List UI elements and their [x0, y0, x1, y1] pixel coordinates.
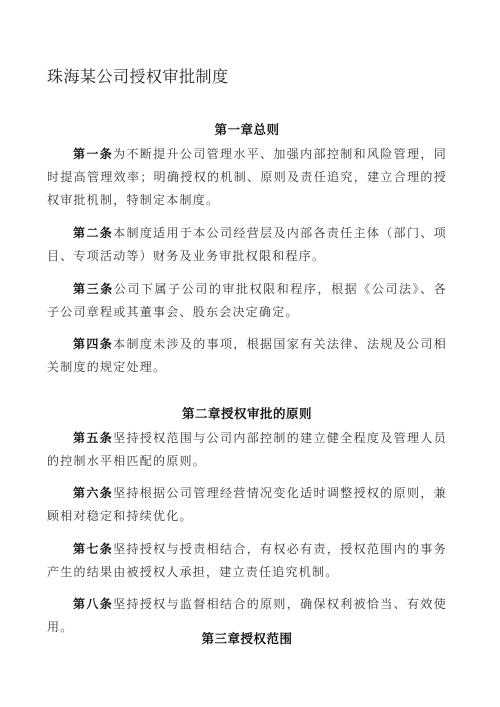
document-title: 珠海某公司授权审批制度 — [47, 64, 229, 87]
chapter-3-heading: 第三章授权范围 — [47, 629, 447, 647]
article-7: 第七条坚持授权与授责相结合，有权必有责，授权范围内的事务产生的结果由被授权人承担… — [47, 538, 447, 584]
article-2: 第二条本制度适用于本公司经营层及内部各责任主体（部门、项目、专项活动等）财务及业… — [47, 222, 447, 268]
article-6: 第六条坚持根据公司管理经营情况变化适时调整授权的原则，兼顾相对稳定和持续优化。 — [47, 482, 447, 528]
article-label: 第八条 — [73, 597, 113, 611]
article-5: 第五条坚持授权范围与公司内部控制的建立健全程度及管理人员的控制水平相匹配的原则。 — [47, 427, 447, 473]
article-label: 第五条 — [73, 431, 113, 445]
article-label: 第六条 — [73, 486, 113, 500]
article-1: 第一条为不断提升公司管理水平、加强内部控制和风险管理，同时提高管理效率；明确授权… — [47, 143, 447, 212]
article-label: 第七条 — [73, 542, 113, 556]
article-label: 第一条 — [73, 147, 113, 161]
article-label: 第三条 — [73, 282, 114, 296]
article-label: 第二条 — [73, 226, 113, 240]
article-3: 第三条公司下属子公司的审批权限和程序，根据《公司法》、各子公司章程或其董事会、股… — [47, 278, 447, 324]
article-4: 第四条本制度未涉及的事项，根据国家有关法律、法规及公司相关制度的规定处理。 — [47, 333, 447, 379]
article-label: 第四条 — [73, 337, 113, 351]
chapter-1-heading: 第一章总则 — [47, 120, 447, 138]
chapter-2-heading: 第二章授权审批的原则 — [47, 404, 447, 422]
